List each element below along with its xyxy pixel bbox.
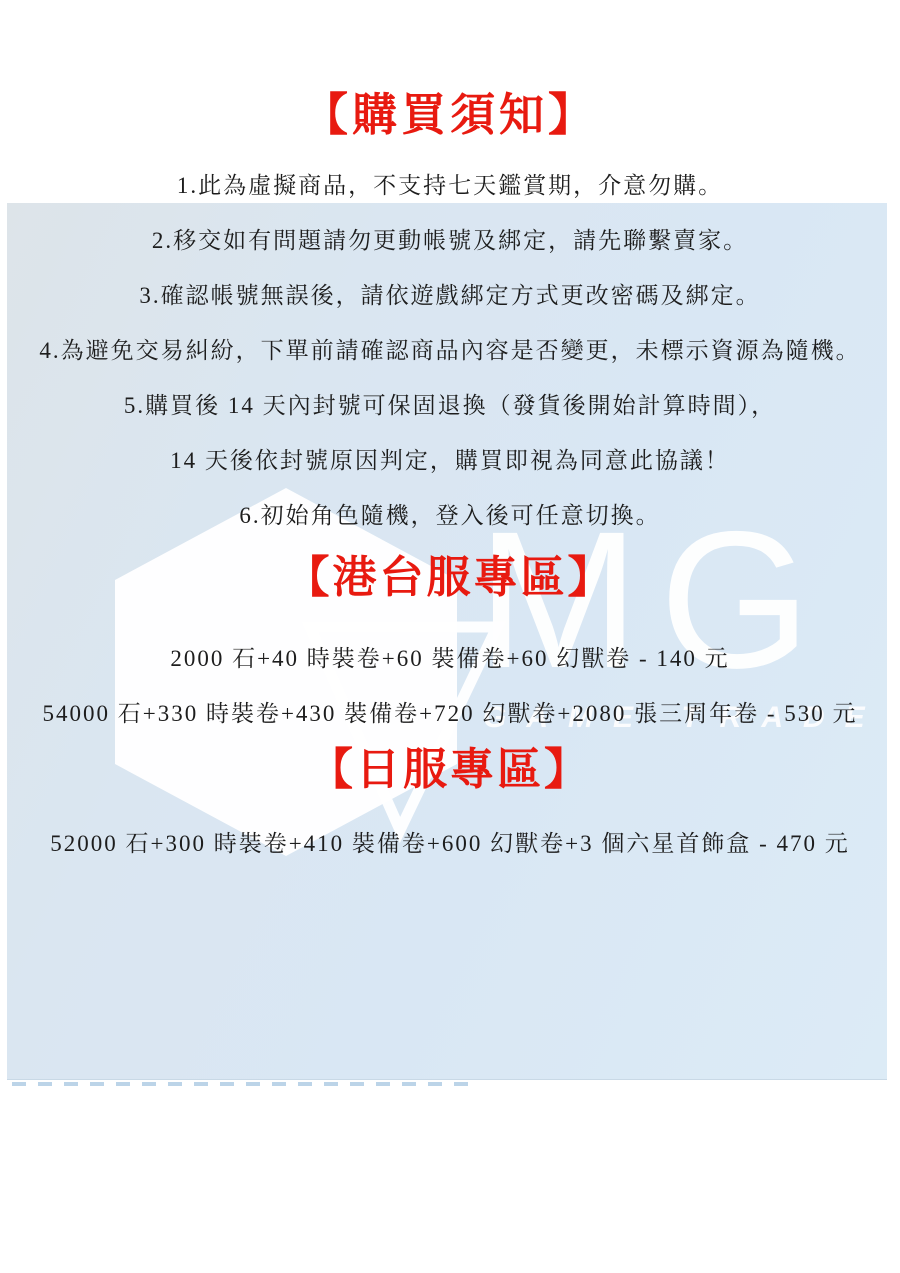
price-line: 52000 石+300 時裝卷+410 裝備卷+600 幻獸卷+3 個六星首飾盒… xyxy=(0,830,900,858)
price-line: 54000 石+330 時裝卷+430 裝備卷+720 幻獸卷+2080 張三周… xyxy=(0,700,900,728)
notice-panel-background: MG GAME TRADE xyxy=(7,203,887,1080)
section-heading-hk-tw-server: 【港台服專區】 xyxy=(0,552,900,605)
notice-line: 6.初始角色隨機，登入後可任意切換。 xyxy=(0,502,900,530)
page-title: 【購買須知】 xyxy=(0,88,900,142)
panel-torn-edge xyxy=(12,1082,472,1086)
notice-line: 14 天後依封號原因判定，購買即視為同意此協議！ xyxy=(0,447,900,475)
page: MG GAME TRADE 【購買須知】 1.此為虛擬商品，不支持七天鑑賞期，介… xyxy=(0,0,900,1273)
section-heading-jp-server: 【日服專區】 xyxy=(0,744,900,797)
notice-line: 5.購買後 14 天內封號可保固退換（發貨後開始計算時間）， xyxy=(0,392,900,420)
notice-line: 1.此為虛擬商品，不支持七天鑑賞期，介意勿購。 xyxy=(0,172,900,200)
price-line: 2000 石+40 時裝卷+60 裝備卷+60 幻獸卷 - 140 元 xyxy=(0,645,900,673)
notice-line: 2.移交如有問題請勿更動帳號及綁定，請先聯繫賣家。 xyxy=(0,227,900,255)
notice-line: 4.為避免交易糾紛，下單前請確認商品內容是否變更，未標示資源為隨機。 xyxy=(0,337,900,365)
notice-line: 3.確認帳號無誤後，請依遊戲綁定方式更改密碼及綁定。 xyxy=(0,282,900,310)
